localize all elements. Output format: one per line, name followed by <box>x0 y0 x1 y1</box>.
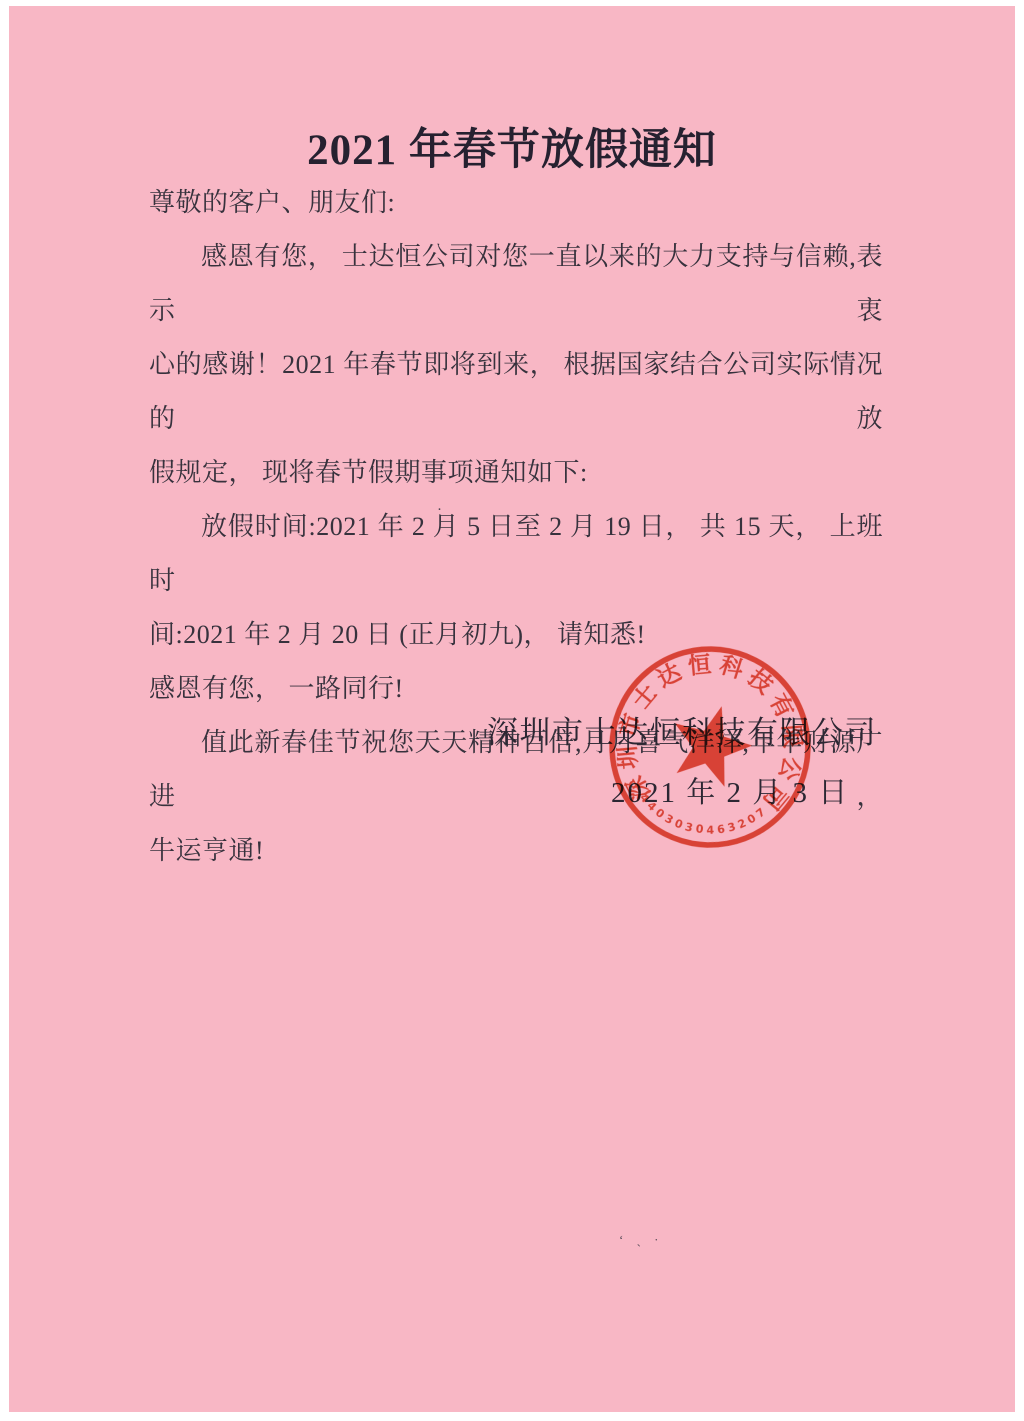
signature-company-name: 深圳市士达恒科技有限公司 <box>487 707 877 752</box>
body-line-p1l3: 假规定， 现将春节假期事项通知如下: <box>149 446 883 500</box>
body-line-p4l2: 牛运亨通! <box>149 824 883 878</box>
ink-specks: ʻ ˎ · <box>619 1232 664 1248</box>
body-line-p1l2: 心的感谢！2021 年春节即将到来， 根据国家结合公司实际情况的放 <box>149 338 883 446</box>
signature-date: 2021 年 2 月 3 日 <box>611 770 849 811</box>
notice-page: 2021 年春节放假通知 尊敬的客户、朋友们: 感恩有您， 士达恒公司对您一直以… <box>9 6 1015 1412</box>
body-line-p2l2: 间:2021 年 2 月 20 日 (正月初九)， 请知悉! <box>149 608 883 662</box>
page-title: 2021 年春节放假通知 <box>9 6 1015 176</box>
scanned-page: 2021 年春节放假通知 尊敬的客户、朋友们: 感恩有您， 士达恒公司对您一直以… <box>0 0 1024 1421</box>
body-line-p2l1: 放假时间:2021 年 2 月 5 日至 2 月 19 日， 共 15 天， 上… <box>149 500 883 608</box>
ink-dot: · <box>437 502 442 519</box>
greeting-line: 尊敬的客户、朋友们: <box>149 176 883 230</box>
body-line-p1l1: 感恩有您， 士达恒公司对您一直以来的大力支持与信赖,表示衷 <box>149 230 883 338</box>
